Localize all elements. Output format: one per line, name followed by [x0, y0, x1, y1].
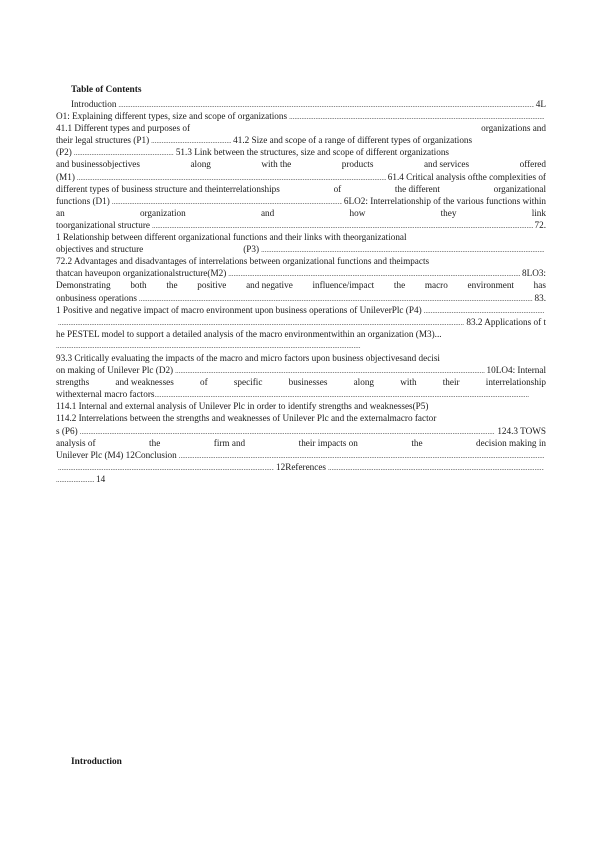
toc-text: O1: Explaining different types, size and…: [56, 110, 287, 122]
toc-text: functions (D1): [56, 195, 110, 207]
toc-text: products: [342, 158, 374, 170]
toc-text: 41.1 Different types and purposes of: [56, 122, 190, 134]
toc-text: and businessobjectives: [56, 158, 140, 170]
toc-text: decision making in: [476, 437, 546, 449]
toc-text: can have: [70, 267, 102, 279]
toc-line[interactable]: 1 Positive and negative impact of macro …: [56, 304, 546, 316]
toc-text: (P3): [243, 243, 259, 255]
toc-text: (M1): [56, 171, 75, 183]
toc-line[interactable]: (M1)61.4 Critical analysis ofthe complex…: [56, 171, 546, 183]
toc-line[interactable]: on making of Unilever Plc (D2)10LO4: Int…: [56, 364, 546, 376]
toc-line[interactable]: 12References: [56, 461, 546, 473]
toc-text: link: [532, 207, 546, 219]
toc-text: withexternal macro factors: [56, 388, 154, 400]
toc-line[interactable]: anorganizationandhowtheylink: [56, 207, 546, 219]
toc-text: the: [166, 279, 177, 291]
dot-leader: [112, 196, 342, 207]
toc-text: Unilever Plc (M4) 12Conclusion: [56, 449, 177, 461]
toc-line[interactable]: analysis ofthefirm andtheir impacts onth…: [56, 437, 546, 449]
toc-text: 6LO2: Interrelationship of the various f…: [344, 195, 546, 207]
toc-text: offered: [520, 158, 546, 170]
dot-leader: [58, 317, 464, 328]
toc-text: on making of Unilever Plc (D2): [56, 364, 173, 376]
toc-line[interactable]: and businessobjectivesalongwith theprodu…: [56, 158, 546, 170]
toc-text: 93.3 Critically evaluating the impacts o…: [56, 352, 440, 364]
toc-text: 114.2 Interrelations between the strengt…: [56, 412, 436, 424]
toc-text: they: [441, 207, 457, 219]
toc-line[interactable]: Demonstratingboththepositiveand negative…: [56, 279, 546, 291]
toc-text: their impacts on: [299, 437, 358, 449]
toc-text: 12References: [276, 461, 326, 473]
dot-leader: [151, 135, 231, 146]
toc-text: the: [149, 437, 160, 449]
toc-text: toorganizational structure: [56, 219, 150, 231]
toc-text: of: [200, 376, 208, 388]
dot-leader: [154, 389, 529, 400]
toc-text: the different: [395, 183, 440, 195]
dot-leader: [228, 268, 520, 279]
toc-text: positive: [197, 279, 226, 291]
toc-text: organizational: [494, 183, 546, 195]
dot-leader: [74, 147, 174, 158]
toc-text: the: [394, 279, 405, 291]
toc-line[interactable]: withexternal macro factors: [56, 388, 546, 400]
toc-text: and services: [424, 158, 469, 170]
toc-text: has: [534, 279, 546, 291]
toc-text: 83.: [535, 292, 546, 304]
dot-leader: [179, 450, 544, 461]
toc-title: Table of Contents: [71, 85, 142, 95]
toc-text: and negative: [246, 279, 293, 291]
toc-line[interactable]: different types of business structure an…: [56, 183, 546, 195]
toc-text: and: [261, 207, 274, 219]
toc-text: their legal structures (P1): [56, 134, 149, 146]
toc-line[interactable]: s (P6)124.3 TOWS: [56, 425, 546, 437]
dot-leader: [261, 244, 544, 255]
toc-line[interactable]: Unilever Plc (M4) 12Conclusion: [56, 449, 546, 461]
toc-line[interactable]: 1 Relationship between different organiz…: [56, 231, 546, 243]
toc-text: of: [334, 183, 342, 195]
toc-text: environment: [468, 279, 514, 291]
toc-line[interactable]: thatcan haveupon organizationalstructure…: [56, 267, 546, 279]
dot-leader: [58, 462, 274, 473]
toc-text: Introduction: [71, 98, 116, 110]
toc-text: how: [350, 207, 366, 219]
toc-line[interactable]: their legal structures (P1)41.2 Size and…: [56, 134, 546, 146]
toc-text: 72.: [535, 219, 546, 231]
toc-line[interactable]: 41.1 Different types and purposes oforga…: [56, 122, 546, 134]
toc-line[interactable]: 14: [56, 473, 546, 485]
toc-text: different types of business structure an…: [56, 183, 280, 195]
toc-text: 10LO4: Internal: [487, 364, 546, 376]
toc-text: an: [56, 207, 65, 219]
toc-text: 1 Positive and negative impact of macro …: [56, 304, 422, 316]
toc-text: objectives and structure: [56, 243, 143, 255]
toc-text: their: [443, 376, 460, 388]
dot-leader: [152, 220, 533, 231]
toc-text: influence/impact: [312, 279, 374, 291]
toc-line[interactable]: 72.2 Advantages and disadvantages of int…: [56, 255, 546, 267]
toc-text: 1 Relationship between different organiz…: [56, 231, 407, 243]
dot-leader: [56, 340, 361, 352]
toc-text: that: [56, 267, 70, 279]
toc-line[interactable]: [56, 340, 546, 352]
toc-text: onbusiness operations: [56, 292, 137, 304]
toc-text: with the: [261, 158, 291, 170]
toc-line[interactable]: onbusiness operations83.: [56, 292, 546, 304]
toc-text: 4L: [536, 98, 546, 110]
toc-text: along: [354, 376, 374, 388]
toc-line[interactable]: he PESTEL model to support a detailed an…: [56, 328, 546, 340]
toc-line[interactable]: objectives and structure(P3): [56, 243, 546, 255]
document-page: Table of Contents Introduction4LO1: Expl…: [0, 0, 596, 842]
toc-text: s (P6): [56, 425, 78, 437]
toc-text: interrelationship: [486, 376, 546, 388]
section-heading-introduction: Introduction: [71, 757, 122, 767]
toc-text: along: [190, 158, 210, 170]
toc-text: 61.4 Critical analysis of: [388, 171, 476, 183]
toc-line[interactable]: (P2)51.3 Link between the structures, si…: [56, 146, 546, 158]
toc-text: 124.3 TOWS: [497, 425, 546, 437]
toc-line[interactable]: Introduction4L: [56, 98, 546, 110]
toc-text: 14: [96, 473, 105, 485]
dot-leader: [139, 293, 533, 304]
dot-leader: [80, 426, 496, 437]
toc-text: 41.2 Size and scope of a range of differ…: [233, 134, 472, 146]
dot-leader: [118, 99, 533, 110]
dot-leader: [77, 172, 386, 183]
toc-text: 8LO3:: [522, 267, 546, 279]
dot-leader: [424, 305, 544, 316]
toc-text: (P2): [56, 146, 72, 158]
dot-leader: [175, 365, 484, 376]
toc-text: structure: [175, 267, 207, 279]
toc-text: organization: [140, 207, 186, 219]
toc-text: the complexities of: [476, 171, 546, 183]
toc-line[interactable]: functions (D1)6LO2: Interrelationship of…: [56, 195, 546, 207]
dot-leader: [56, 474, 94, 485]
toc-line[interactable]: toorganizational structure72.: [56, 219, 546, 231]
toc-text: with: [400, 376, 416, 388]
toc-line[interactable]: 83.2 Applications of t: [56, 316, 546, 328]
toc-line[interactable]: strengthsand weaknessesofspecificbusines…: [56, 376, 546, 388]
dot-leader: [289, 111, 544, 122]
toc-line[interactable]: 114.2 Interrelations between the strengt…: [56, 412, 546, 424]
toc-line[interactable]: O1: Explaining different types, size and…: [56, 110, 546, 122]
toc-text: macro: [425, 279, 448, 291]
toc-text: analysis of: [56, 437, 96, 449]
toc-text: businesses: [289, 376, 328, 388]
toc-text: upon organizational: [102, 267, 175, 279]
toc-line[interactable]: 93.3 Critically evaluating the impacts o…: [56, 352, 546, 364]
toc-text: 72.2 Advantages and disadvantages of int…: [56, 255, 429, 267]
toc-text: firm and: [214, 437, 245, 449]
dot-leader: [328, 462, 544, 473]
toc-line[interactable]: 114.1 Internal and external analysis of …: [56, 400, 546, 412]
toc-text: the: [411, 437, 422, 449]
toc-text: and weaknesses: [115, 376, 173, 388]
table-of-contents: Introduction4LO1: Explaining different t…: [56, 98, 546, 485]
toc-text: (M2): [207, 267, 226, 279]
toc-text: 114.1 Internal and external analysis of …: [56, 400, 428, 412]
toc-text: organizations and: [481, 122, 546, 134]
toc-text: ...: [435, 328, 442, 340]
toc-text: specific: [234, 376, 263, 388]
toc-text: both: [130, 279, 146, 291]
toc-text: he PESTEL model to support a detailed an…: [56, 328, 435, 340]
toc-text: 83.2 Applications of t: [466, 316, 546, 328]
toc-text: 51.3 Link between the structures, size a…: [176, 146, 449, 158]
toc-text: strengths: [56, 376, 89, 388]
toc-text: Demonstrating: [56, 279, 111, 291]
